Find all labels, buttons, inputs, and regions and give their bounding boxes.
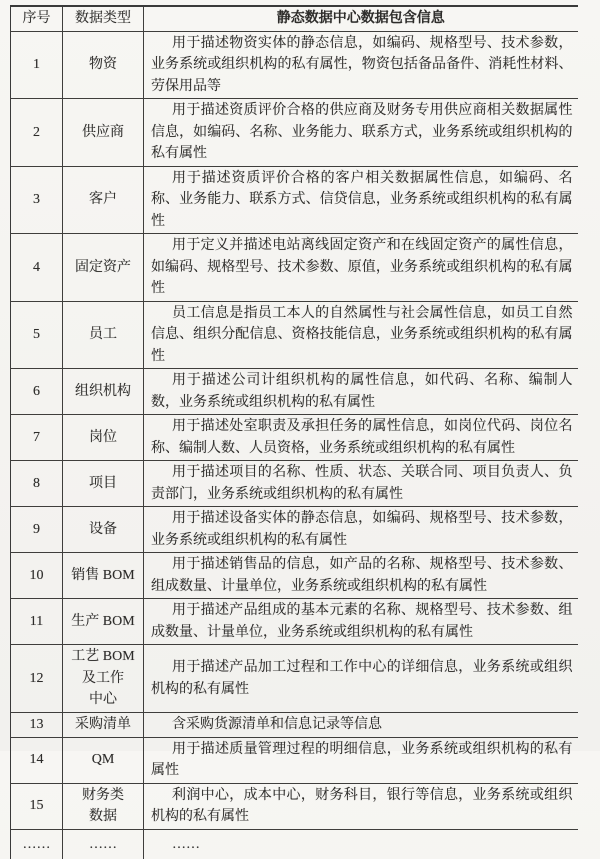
table-row: 13 采购清单 含采购货源清单和信息记录等信息 [11, 713, 578, 738]
description-cell: 用于描述产品组成的基本元素的名称、规格型号、技术参数、组成数量、计量单位，业务系… [144, 599, 578, 645]
header-data-type: 数据类型 [63, 6, 144, 31]
data-type-cell: 设备 [63, 507, 144, 553]
data-type-cell: 员工 [63, 301, 144, 369]
table-row: 3 客户 用于描述资质评价合格的客户相关数据属性信息，如编码、名称、业务能力、联… [11, 166, 578, 234]
description-cell: 员工信息是指员工本人的自然属性与社会属性信息，如员工自然信息、组织分配信息、资格… [144, 301, 578, 369]
table-row: 1 物资 用于描述物资实体的静态信息，如编码、规格型号、技术参数，业务系统或组织… [11, 31, 578, 99]
description-cell: 用于描述资质评价合格的供应商及财务专用供应商相关数据属性信息，如编码、名称、业务… [144, 99, 578, 167]
row-number-cell: 14 [11, 737, 63, 751]
row-number-cell: 9 [11, 507, 63, 553]
data-type-cell: 供应商 [63, 99, 144, 167]
table-row: 4 固定资产 用于定义并描述电站离线固定资产和在线固定资产的属性信息，如编码、规… [11, 234, 578, 302]
row-number-cell: 2 [11, 99, 63, 167]
description-cell: 用于描述物资实体的静态信息，如编码、规格型号、技术参数，业务系统或组织机构的私有… [144, 31, 578, 99]
table-header-row: 序号 数据类型 静态数据中心数据包含信息 [11, 6, 578, 31]
data-type-cell: 组织机构 [63, 369, 144, 415]
data-type-cell: 固定资产 [63, 234, 144, 302]
header-info-title: 静态数据中心数据包含信息 [144, 6, 578, 31]
description-cell: 用于描述处室职责及承担任务的属性信息，如岗位代码、岗位名称、编制人数、人员资格，… [144, 415, 578, 461]
description-cell: 用于描述质量管理过程的明细信息，业务系统或组织机构的私有属性 [144, 737, 578, 751]
table-row: 2 供应商 用于描述资质评价合格的供应商及财务专用供应商相关数据属性信息，如编码… [11, 99, 578, 167]
row-number-cell: 13 [11, 713, 63, 738]
description-cell: 用于描述资质评价合格的客户相关数据属性信息，如编码、名称、业务能力、联系方式、信… [144, 166, 578, 234]
table-row: 12 工艺 BOM 及工作 中心 用于描述产品加工过程和工作中心的详细信息，业务… [11, 645, 578, 713]
data-type-cell: QM [63, 737, 144, 751]
description-cell: 用于描述产品加工过程和工作中心的详细信息，业务系统或组织机构的私有属性 [144, 645, 578, 713]
data-type-cell: 生产 BOM [63, 599, 144, 645]
row-number-cell: 10 [11, 553, 63, 599]
data-type-cell: 岗位 [63, 415, 144, 461]
row-number-cell: 7 [11, 415, 63, 461]
data-type-cell: 物资 [63, 31, 144, 99]
table-row: 5 员工 员工信息是指员工本人的自然属性与社会属性信息，如员工自然信息、组织分配… [11, 301, 578, 369]
table-row: 11 生产 BOM 用于描述产品组成的基本元素的名称、规格型号、技术参数、组成数… [11, 599, 578, 645]
table-row: 7 岗位 用于描述处室职责及承担任务的属性信息，如岗位代码、岗位名称、编制人数、… [11, 415, 578, 461]
description-cell: 用于描述项目的名称、性质、状态、关联合同、项目负责人、负责部门，业务系统或组织机… [144, 461, 578, 507]
description-cell: 用于描述销售品的信息，如产品的名称、规格型号、技术参数、组成数量、计量单位，业务… [144, 553, 578, 599]
table-row: 9 设备 用于描述设备实体的静态信息，如编码、规格型号、技术参数，业务系统或组织… [11, 507, 578, 553]
description-cell: 用于定义并描述电站离线固定资产和在线固定资产的属性信息，如编码、规格型号、技术参… [144, 234, 578, 302]
description-cell: 用于描述设备实体的静态信息，如编码、规格型号、技术参数，业务系统或组织机构的私有… [144, 507, 578, 553]
description-cell: 含采购货源清单和信息记录等信息 [144, 713, 578, 738]
table-row: 10 销售 BOM 用于描述销售品的信息，如产品的名称、规格型号、技术参数、组成… [11, 553, 578, 599]
table-row: 6 组织机构 用于描述公司计组织机构的属性信息，如代码、名称、编制人数，业务系统… [11, 369, 578, 415]
table-row: 8 项目 用于描述项目的名称、性质、状态、关联合同、项目负责人、负责部门，业务系… [11, 461, 578, 507]
data-type-cell: 销售 BOM [63, 553, 144, 599]
table-row: 14 QM 用于描述质量管理过程的明细信息，业务系统或组织机构的私有属性 [11, 737, 578, 751]
row-number-cell: 3 [11, 166, 63, 234]
row-number-cell: 11 [11, 599, 63, 645]
static-data-table: 序号 数据类型 静态数据中心数据包含信息 1 物资 用于描述物资实体的静态信息，… [10, 5, 578, 751]
row-number-cell: 6 [11, 369, 63, 415]
row-number-cell: 5 [11, 301, 63, 369]
row-number-cell: 12 [11, 645, 63, 713]
data-type-cell: 项目 [63, 461, 144, 507]
row-number-cell: 1 [11, 31, 63, 99]
description-cell: 用于描述公司计组织机构的属性信息，如代码、名称、编制人数，业务系统或组织机构的私… [144, 369, 578, 415]
data-type-cell: 采购清单 [63, 713, 144, 738]
row-number-cell: 8 [11, 461, 63, 507]
row-number-cell: 4 [11, 234, 63, 302]
header-serial-number: 序号 [11, 6, 63, 31]
data-type-cell: 客户 [63, 166, 144, 234]
document-page: 序号 数据类型 静态数据中心数据包含信息 1 物资 用于描述物资实体的静态信息，… [10, 5, 578, 751]
data-type-cell: 工艺 BOM 及工作 中心 [63, 645, 144, 713]
